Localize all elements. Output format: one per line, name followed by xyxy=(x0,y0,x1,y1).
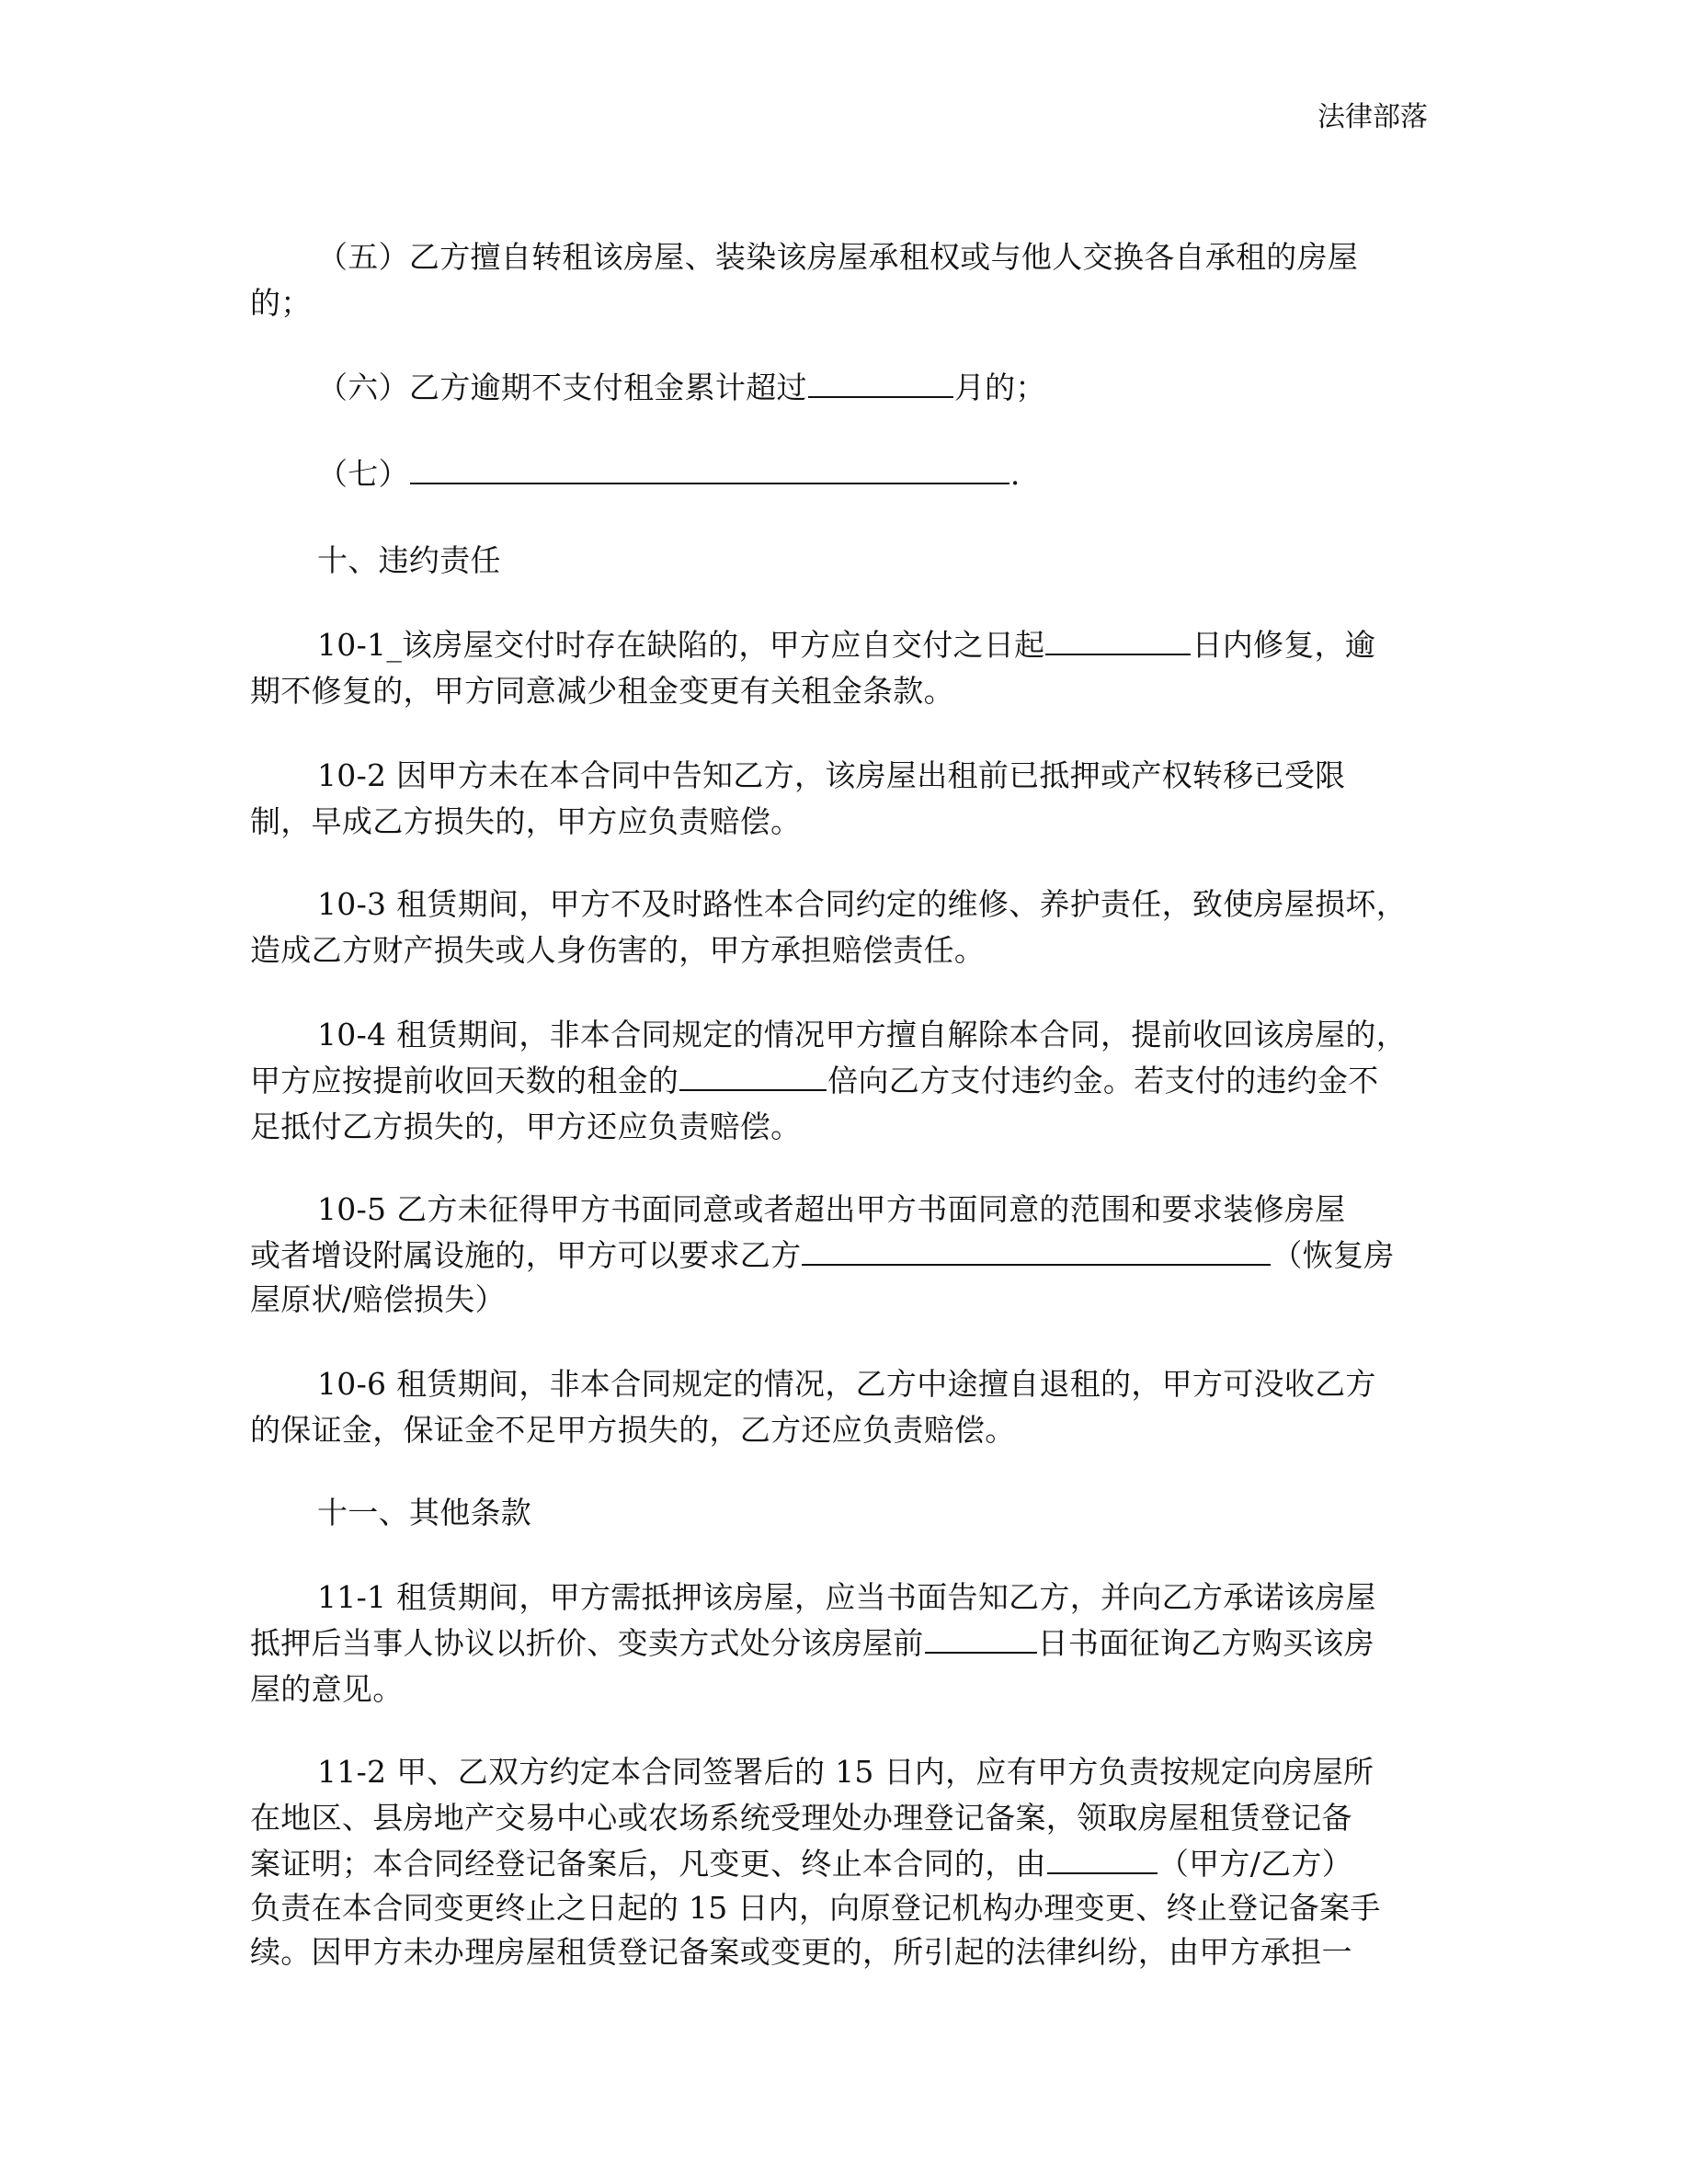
penalty-multiplier-blank xyxy=(679,1062,827,1091)
clause-6-line: （六）乙方逾期不支付租金累计超过月的； xyxy=(317,368,1046,408)
document-page: 法律部落 （五）乙方擅自转租该房屋、装染该房屋承租权或与他人交换各自承租的房屋 … xyxy=(0,0,1688,2184)
clause-10-1-line-2: 期不修复的，甲方同意减少租金变更有关租金条款。 xyxy=(250,671,954,711)
clause-7-blank xyxy=(410,455,1009,484)
clause-10-4-line-2: 甲方应按提前收回天数的租金的倍向乙方支付违约金。若支付的违约金不 xyxy=(250,1061,1379,1101)
months-overdue-blank xyxy=(808,369,953,398)
clause-10-1-text-before: 10-1_该房屋交付时存在缺陷的，甲方应自交付之日起 xyxy=(317,627,1044,663)
clause-10-1-text-after: 日内修复，逾 xyxy=(1192,627,1375,663)
clause-7-line: （七）. xyxy=(317,454,1021,495)
repair-days-blank xyxy=(1045,626,1191,655)
clause-10-2-line-2: 制，早成乙方损失的，甲方应负责赔偿。 xyxy=(250,802,801,842)
section-10-heading: 十、违约责任 xyxy=(317,540,501,581)
clause-10-3-line-2: 造成乙方财产损失或人身伤害的，甲方承担赔偿责任。 xyxy=(250,930,985,971)
clause-5-line-1: （五）乙方擅自转租该房屋、装染该房屋承租权或与他人交换各自承租的房屋 xyxy=(317,237,1358,278)
clause-11-2-text-after: （甲方/乙方） xyxy=(1158,1846,1352,1882)
clause-10-5-text-before: 或者增设附属设施的，甲方可以要求乙方 xyxy=(250,1237,801,1273)
clause-11-2-text-before: 案证明；本合同经登记备案后，凡变更、终止本合同的，由 xyxy=(250,1846,1046,1882)
section-11-heading: 十一、其他条款 xyxy=(317,1493,531,1533)
clause-11-1-text-before: 抵押后当事人协议以折价、变卖方式处分该房屋前 xyxy=(250,1625,924,1661)
clause-10-4-line-3: 足抵付乙方损失的，甲方还应负责赔偿。 xyxy=(250,1107,801,1147)
clause-10-5-line-1: 10-5 乙方未征得甲方书面同意或者超出甲方书面同意的范围和要求装修房屋 xyxy=(317,1189,1345,1230)
clause-11-1-line-1: 11-1 租赁期间，甲方需抵押该房屋，应当书面告知乙方，并向乙方承诺该房屋 xyxy=(317,1577,1376,1618)
clause-11-2-line-5: 续。因甲方未办理房屋租赁登记备案或变更的，所引起的法律纠纷，由甲方承担一 xyxy=(250,1932,1352,1973)
clause-11-2-line-1: 11-2 甲、乙双方约定本合同签署后的 15 日内，应有甲方负责按规定向房屋所 xyxy=(317,1752,1374,1792)
responsible-party-blank xyxy=(1047,1845,1158,1874)
clause-11-2-line-4: 负责在本合同变更终止之日起的 15 日内，向原登记机构办理变更、终止登记备案手 xyxy=(250,1888,1381,1928)
clause-10-5-line-2: 或者增设附属设施的，甲方可以要求乙方（恢复房 xyxy=(250,1235,1395,1276)
clause-6-text-before: （六）乙方逾期不支付租金累计超过 xyxy=(317,370,807,405)
page-header-site-name: 法律部落 xyxy=(1317,99,1428,136)
clause-11-1-line-2: 抵押后当事人协议以折价、变卖方式处分该房屋前日书面征询乙方购买该房 xyxy=(250,1623,1374,1664)
clause-10-5-text-after: （恢复房 xyxy=(1272,1237,1394,1273)
clause-6-text-after: 月的； xyxy=(954,370,1046,405)
notice-days-blank xyxy=(925,1624,1037,1654)
clause-7-label: （七） xyxy=(317,456,409,492)
clause-11-2-line-2: 在地区、县房地产交易中心或农场系统受理处办理登记备案，领取房屋租赁登记备 xyxy=(250,1798,1352,1838)
clause-10-4-line-1: 10-4 租赁期间，非本合同规定的情况甲方擅自解除本合同，提前收回该房屋的， xyxy=(317,1015,1407,1055)
clause-10-1-line-1: 10-1_该房屋交付时存在缺陷的，甲方应自交付之日起日内修复，逾 xyxy=(317,625,1375,665)
clause-10-6-line-2: 的保证金，保证金不足甲方损失的，乙方还应负责赔偿。 xyxy=(250,1410,1016,1450)
clause-7-period: . xyxy=(1010,456,1021,492)
clause-11-1-line-3: 屋的意见。 xyxy=(250,1669,404,1710)
clause-5-line-2: 的； xyxy=(250,283,312,324)
clause-10-5-line-3: 屋原状/赔偿损失） xyxy=(250,1280,506,1320)
clause-10-6-line-1: 10-6 租赁期间，非本合同规定的情况，乙方中途擅自退租的，甲方可没收乙方 xyxy=(317,1364,1376,1405)
remedy-choice-blank xyxy=(802,1236,1271,1266)
clause-11-2-line-3: 案证明；本合同经登记备案后，凡变更、终止本合同的，由（甲方/乙方） xyxy=(250,1844,1352,1884)
clause-10-4-text-before: 甲方应按提前收回天数的租金的 xyxy=(250,1063,679,1098)
clause-10-3-line-1: 10-3 租赁期间，甲方不及时路性本合同约定的维修、养护责任，致使房屋损坏， xyxy=(317,884,1407,925)
clause-11-1-text-after: 日书面征询乙方购买该房 xyxy=(1038,1625,1374,1661)
clause-10-2-line-1: 10-2 因甲方未在本合同中告知乙方，该房屋出租前已抵押或产权转移已受限 xyxy=(317,756,1345,796)
clause-10-4-text-after: 倍向乙方支付违约金。若支付的违约金不 xyxy=(827,1063,1378,1098)
